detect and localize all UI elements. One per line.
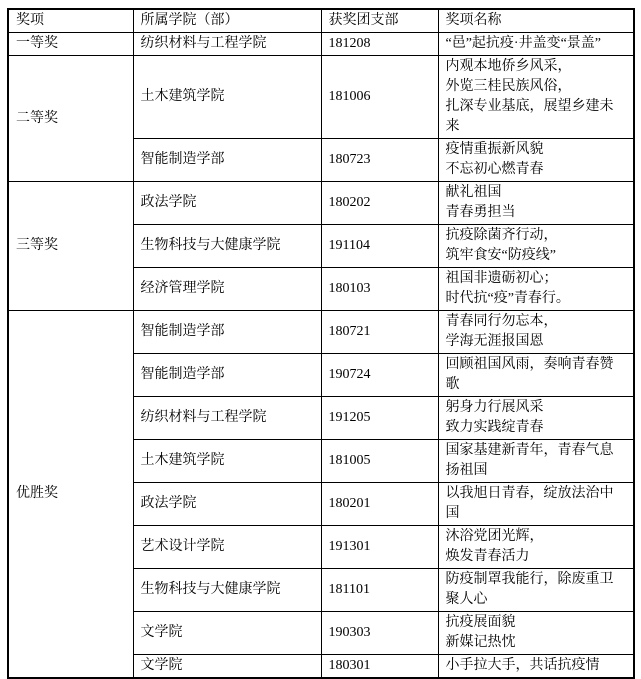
award-name-cell: 国家基建新青年，青春气息扬祖国 bbox=[438, 440, 634, 483]
awards-table: 奖项 所属学院（部） 获奖团支部 奖项名称 一等奖纺织材料与工程学院181208… bbox=[7, 8, 635, 679]
award-name-cell: “邑”起抗疫·井盖变“景盖” bbox=[438, 33, 634, 56]
branch-number-cell: 180103 bbox=[321, 268, 438, 311]
award-name-cell: 防疫制罩我能行，除废重卫聚人心 bbox=[438, 569, 634, 612]
college-cell: 政法学院 bbox=[133, 483, 321, 526]
table-row: 优胜奖智能制造学部180721青春同行勿忘本， 学海无涯报国恩 bbox=[8, 311, 634, 354]
college-cell: 政法学院 bbox=[133, 182, 321, 225]
document-page: 奖项 所属学院（部） 获奖团支部 奖项名称 一等奖纺织材料与工程学院181208… bbox=[0, 0, 641, 649]
branch-number-cell: 180202 bbox=[321, 182, 438, 225]
award-tier-cell: 三等奖 bbox=[8, 182, 133, 311]
branch-number-cell: 191301 bbox=[321, 526, 438, 569]
college-cell: 经济管理学院 bbox=[133, 268, 321, 311]
table-row: 二等奖土木建筑学院181006内观本地侨乡风采， 外览三桂民族风俗， 扎深专业基… bbox=[8, 56, 634, 139]
award-name-cell: 献礼祖国 青春勇担当 bbox=[438, 182, 634, 225]
branch-number-cell: 180201 bbox=[321, 483, 438, 526]
college-cell: 生物科技与大健康学院 bbox=[133, 569, 321, 612]
branch-number-cell: 180721 bbox=[321, 311, 438, 354]
college-cell: 土木建筑学院 bbox=[133, 440, 321, 483]
header-cell-name: 奖项名称 bbox=[438, 9, 634, 33]
award-name-cell: 躬身力行展风采 致力实践绽青春 bbox=[438, 397, 634, 440]
branch-number-cell: 191205 bbox=[321, 397, 438, 440]
branch-number-cell: 191104 bbox=[321, 225, 438, 268]
award-name-cell: 青春同行勿忘本， 学海无涯报国恩 bbox=[438, 311, 634, 354]
award-name-cell: 内观本地侨乡风采， 外览三桂民族风俗， 扎深专业基底，展望乡建未来 bbox=[438, 56, 634, 139]
table-row: 三等奖政法学院180202献礼祖国 青春勇担当 bbox=[8, 182, 634, 225]
branch-number-cell: 181006 bbox=[321, 56, 438, 139]
branch-number-cell: 190303 bbox=[321, 612, 438, 655]
college-cell: 智能制造学部 bbox=[133, 354, 321, 397]
college-cell: 纺织材料与工程学院 bbox=[133, 33, 321, 56]
header-row: 奖项 所属学院（部） 获奖团支部 奖项名称 bbox=[8, 9, 634, 33]
award-name-cell: 小手拉大手，共话抗疫情 bbox=[438, 655, 634, 679]
branch-number-cell: 180723 bbox=[321, 139, 438, 182]
branch-number-cell: 180301 bbox=[321, 655, 438, 679]
branch-number-cell: 181101 bbox=[321, 569, 438, 612]
branch-number-cell: 190724 bbox=[321, 354, 438, 397]
header-cell-award: 奖项 bbox=[8, 9, 133, 33]
college-cell: 智能制造学部 bbox=[133, 311, 321, 354]
award-name-cell: 疫情重振新风貌 不忘初心燃青春 bbox=[438, 139, 634, 182]
table-row: 一等奖纺织材料与工程学院181208“邑”起抗疫·井盖变“景盖” bbox=[8, 33, 634, 56]
header-cell-college: 所属学院（部） bbox=[133, 9, 321, 33]
award-name-cell: 沐浴党团光辉， 焕发青春活力 bbox=[438, 526, 634, 569]
college-cell: 艺术设计学院 bbox=[133, 526, 321, 569]
award-tier-cell: 优胜奖 bbox=[8, 311, 133, 679]
college-cell: 文学院 bbox=[133, 612, 321, 655]
college-cell: 文学院 bbox=[133, 655, 321, 679]
college-cell: 智能制造学部 bbox=[133, 139, 321, 182]
header-cell-branch: 获奖团支部 bbox=[321, 9, 438, 33]
college-cell: 土木建筑学院 bbox=[133, 56, 321, 139]
award-name-cell: 祖国非遗砺初心； 时代抗“疫”青春行。 bbox=[438, 268, 634, 311]
award-name-cell: 以我旭日青春，绽放法治中国 bbox=[438, 483, 634, 526]
college-cell: 生物科技与大健康学院 bbox=[133, 225, 321, 268]
award-tier-cell: 一等奖 bbox=[8, 33, 133, 56]
award-name-cell: 抗疫展面貌 新媒记热忱 bbox=[438, 612, 634, 655]
awards-table-header: 奖项 所属学院（部） 获奖团支部 奖项名称 bbox=[8, 9, 634, 33]
award-name-cell: 回顾祖国风雨，奏响青春赞歌 bbox=[438, 354, 634, 397]
branch-number-cell: 181005 bbox=[321, 440, 438, 483]
branch-number-cell: 181208 bbox=[321, 33, 438, 56]
awards-table-body: 一等奖纺织材料与工程学院181208“邑”起抗疫·井盖变“景盖”二等奖土木建筑学… bbox=[8, 33, 634, 679]
college-cell: 纺织材料与工程学院 bbox=[133, 397, 321, 440]
award-tier-cell: 二等奖 bbox=[8, 56, 133, 182]
award-name-cell: 抗疫除菌齐行动， 筑牢食安“防疫线” bbox=[438, 225, 634, 268]
